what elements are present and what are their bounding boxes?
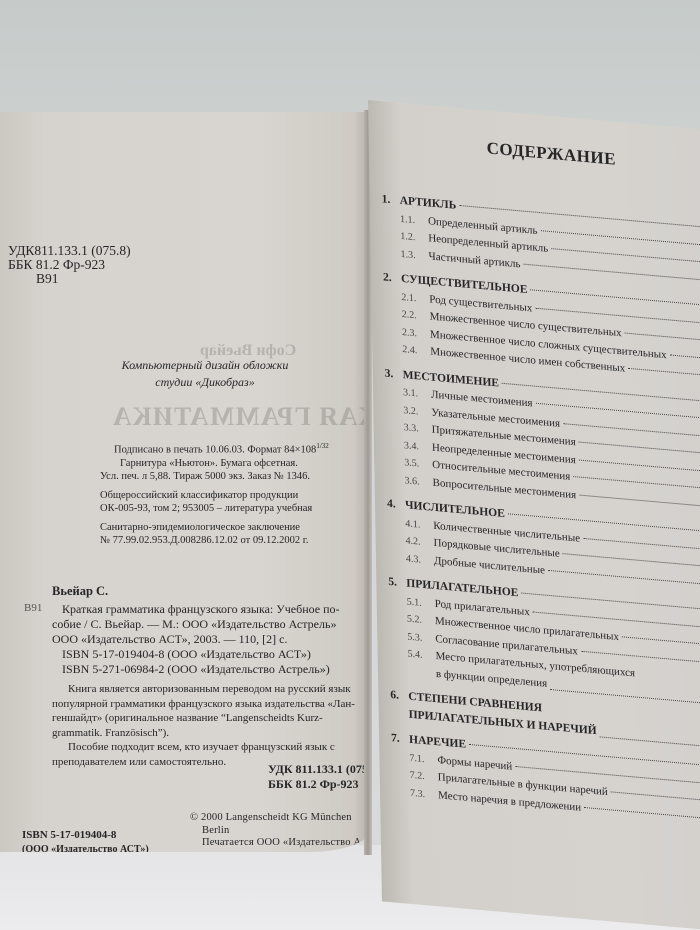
bibliographic-author: Вьейар С. bbox=[52, 584, 108, 599]
toc-subsection-number: 2.4. bbox=[402, 341, 430, 361]
toc-subsection-number: 1.3. bbox=[400, 245, 428, 265]
toc-subsection-number: 3.6. bbox=[404, 472, 432, 492]
bbk-code: ББК 81.2 Фр-923 bbox=[8, 258, 131, 272]
bibliographic-record: Краткая грамматика французского языка: У… bbox=[52, 602, 368, 677]
left-page: УДК811.133.1 (075.8) ББК 81.2 Фр-923 В91… bbox=[0, 112, 368, 852]
dot-leader bbox=[579, 494, 700, 507]
cover-design-credit: Компьютерный дизайн обложки студии «Дико… bbox=[110, 357, 300, 391]
toc-chapter-number: 6. bbox=[390, 687, 408, 706]
dot-leader bbox=[584, 807, 700, 820]
toc-chapter-number: 5. bbox=[388, 574, 406, 593]
dot-leader bbox=[611, 791, 700, 802]
dot-leader bbox=[583, 537, 700, 550]
annotation: Книга является авторизованным переводом … bbox=[52, 682, 368, 769]
dot-leader bbox=[622, 636, 700, 646]
dot-leader bbox=[579, 459, 700, 472]
isbn-block: ISBN 5-17-019404-8 (ООО «Издательство АС… bbox=[22, 829, 166, 852]
table-of-contents: 1.АРТИКЛЬ1.1.Определенный артикль1.2.Нео… bbox=[382, 191, 700, 829]
dot-leader bbox=[670, 354, 700, 359]
toc-title: СОДЕРЖАНИЕ bbox=[486, 138, 616, 169]
toc-subsection-number: 5.4. bbox=[407, 646, 435, 666]
toc-subsection-number: 7.3. bbox=[410, 784, 438, 804]
bibliographic-code: В91 bbox=[24, 602, 42, 614]
classification-block: УДК811.133.1 (075.8) ББК 81.2 Фр-923 В91 bbox=[8, 244, 131, 286]
toc-chapter-number: 2. bbox=[383, 269, 401, 288]
toc-chapter-number: 1. bbox=[382, 191, 400, 210]
imprint-block: Подписано в печать 10.06.03. Формат 84×1… bbox=[100, 440, 329, 547]
udk-bbk-right: УДК 811.133.1 (075.8) ББК 81.2 Фр-923 bbox=[268, 762, 368, 792]
udk-code: УДК811.133.1 (075.8) bbox=[8, 244, 131, 258]
dot-leader bbox=[579, 442, 700, 455]
toc-chapter-number: 4. bbox=[387, 496, 405, 515]
dot-leader bbox=[625, 333, 700, 342]
show-through-title: КРАТКАЯ ГРАММАТИКА bbox=[112, 402, 368, 432]
toc-chapter-number: 3. bbox=[385, 365, 403, 384]
right-page: СОДЕРЖАНИЕ 1.АРТИКЛЬ1.1.Определенный арт… bbox=[368, 100, 700, 930]
toc-subsection-number: 4.3. bbox=[406, 550, 434, 570]
toc-chapter-number: 7. bbox=[391, 730, 409, 749]
copyright-block: © 2000 Langenscheidt KG München Berlin П… bbox=[190, 812, 368, 852]
author-mark: В91 bbox=[8, 272, 131, 286]
dot-leader bbox=[628, 368, 700, 377]
